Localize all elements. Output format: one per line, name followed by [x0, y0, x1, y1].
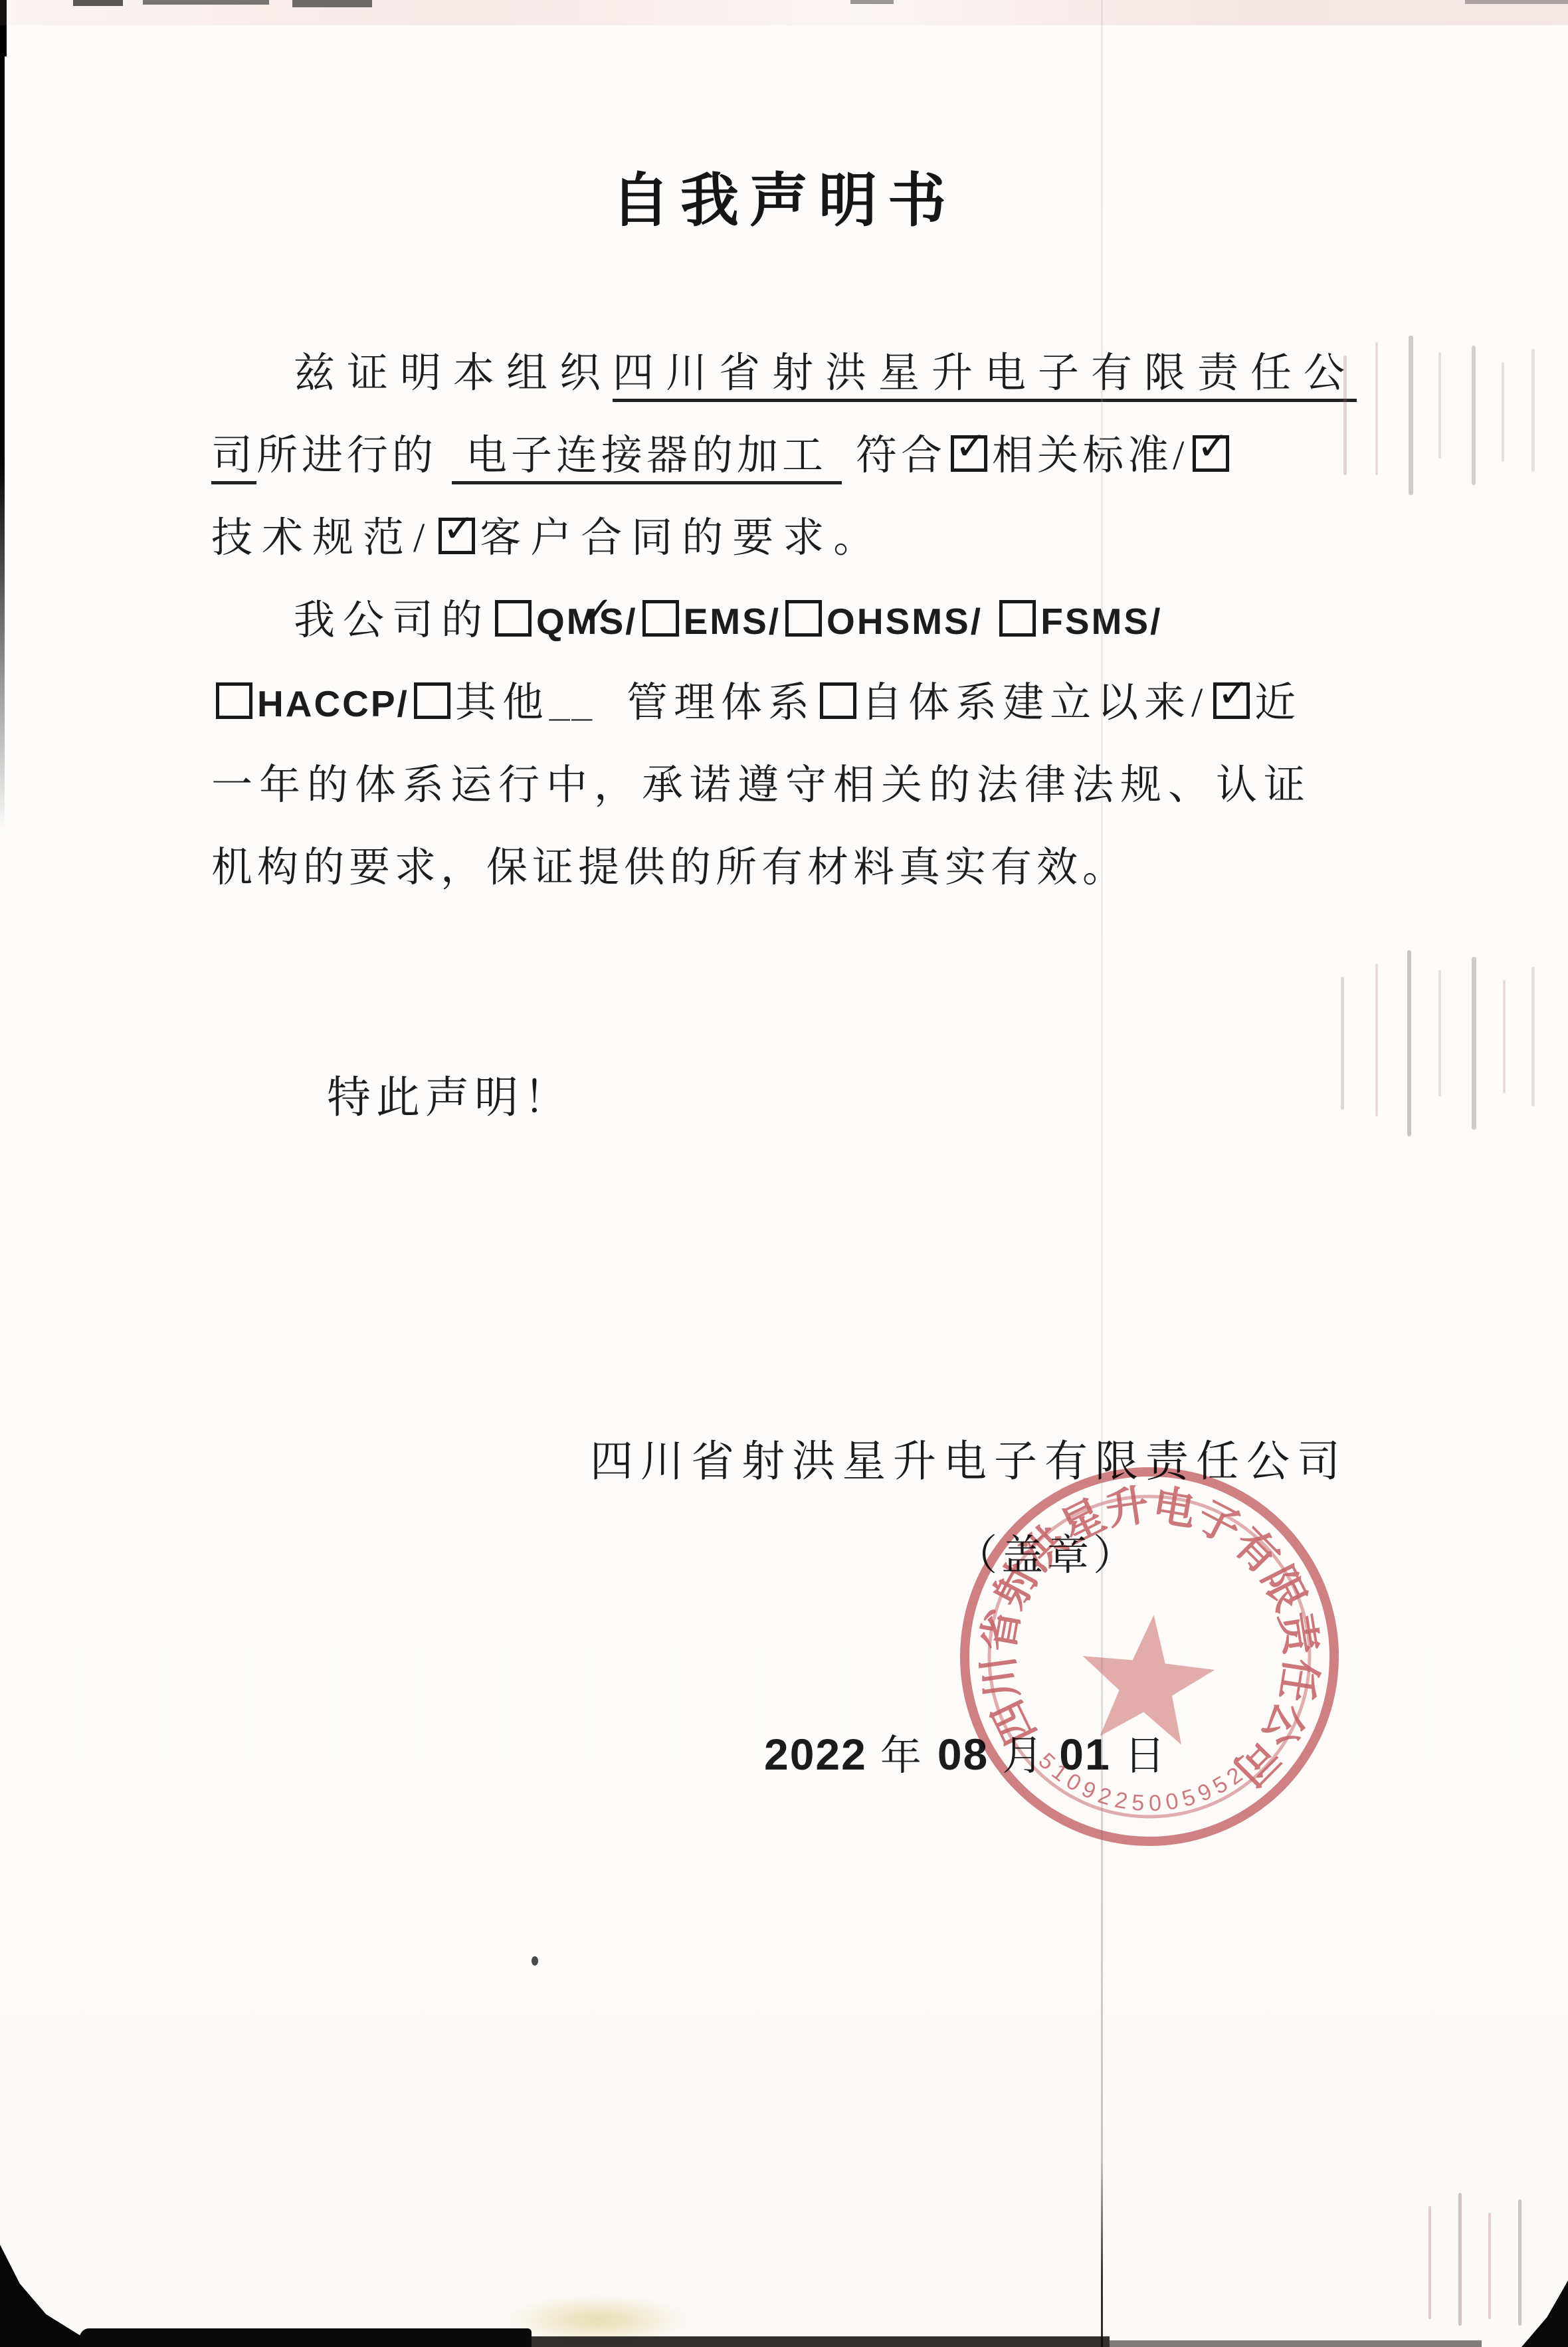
body-text-run: 机构的要求，保证提供的所有材料真实有效。	[211, 845, 1128, 890]
svg-text:5109225005952: 5109225005952	[1029, 1738, 1253, 1827]
scan-artifact-top-left-corner	[0, 0, 7, 56]
date-year-label: 年	[880, 1734, 924, 1779]
system-acronym-text: FSMS/	[1040, 601, 1162, 642]
check-icon: ✓	[1217, 674, 1250, 712]
checkbox-unchecked-icon	[414, 682, 450, 719]
checkbox-checked-icon: ✓	[495, 600, 532, 637]
scan-artifact-top-dash	[850, 0, 894, 4]
body-text-run: 兹证明本组织	[294, 351, 613, 396]
checkbox-checked-icon: ✓	[1193, 435, 1229, 472]
system-acronym-text: HACCP/	[257, 683, 409, 724]
scan-artifact-streak-band	[1422, 2193, 1561, 2332]
scan-artifact-top-dash	[292, 0, 372, 7]
underlined-fill-in-text: 四川省射洪星升电子有限责任公	[613, 351, 1357, 402]
closing-statement: 特此声明！	[327, 1062, 573, 1125]
company-seal-stamp-icon: 四川省射洪星升电子有限责任公司 5109225005952	[943, 1451, 1355, 1863]
body-text-run: 我公司的	[294, 598, 490, 643]
underlined-fill-in-text: 司	[211, 433, 256, 484]
body-text-run: 技术规范/	[211, 516, 434, 561]
check-icon: ✓	[955, 427, 987, 465]
checkbox-unchecked-icon	[642, 600, 679, 637]
scan-artifact-top-dash	[1465, 0, 1568, 4]
body-text-run: 近	[1254, 680, 1302, 726]
checkbox-checked-icon: ✓	[951, 435, 987, 472]
body-line-5: HACCP/其他__ 管理体系自体系建立以来/✓近	[211, 662, 1367, 744]
checkbox-unchecked-icon	[999, 600, 1036, 637]
document-title: 自我声明书	[0, 154, 1568, 238]
checkbox-checked-icon: ✓	[439, 518, 475, 554]
system-acronym-text: EMS/	[684, 601, 781, 642]
body-line-3: 技术规范/✓客户合同的要求。	[211, 497, 1367, 579]
body-line-1: 兹证明本组织四川省射洪星升电子有限责任公	[211, 332, 1367, 415]
body-text-run: 符合	[842, 433, 947, 478]
check-icon: ✓	[1197, 427, 1229, 465]
scan-artifact-left-edge	[0, 0, 5, 831]
scanned-declaration-page: 自我声明书 兹证明本组织四川省射洪星升电子有限责任公司所进行的 电子连接器的加工…	[0, 0, 1568, 2347]
system-acronym-text: __	[549, 683, 594, 724]
body-text-run: 客户合同的要求。	[480, 516, 884, 561]
checkbox-unchecked-icon	[785, 600, 822, 637]
date-year: 2022	[764, 1730, 867, 1779]
body-text-run: 其他	[455, 680, 549, 726]
check-icon: ✓	[442, 509, 475, 548]
scan-artifact-top-dash	[143, 0, 269, 5]
body-line-2: 司所进行的 电子连接器的加工 符合✓相关标准/✓	[211, 415, 1367, 497]
body-text-run: 所进行的	[256, 433, 452, 478]
checkbox-unchecked-icon	[820, 682, 856, 719]
checkbox-unchecked-icon	[216, 682, 252, 719]
scan-artifact-bottom-strip	[525, 2336, 1110, 2347]
body-text-run: 自体系建立以来/	[861, 680, 1209, 726]
scan-artifact-top-dash	[73, 0, 123, 6]
scan-artifact-bottom-right-corner	[1521, 2281, 1568, 2347]
check-icon: ✓	[499, 591, 614, 630]
scan-artifact-bottom-strip	[1110, 2340, 1482, 2347]
declaration-body: 兹证明本组织四川省射洪星升电子有限责任公司所进行的 电子连接器的加工 符合✓相关…	[211, 332, 1367, 909]
scan-artifact-top-noise	[0, 0, 1568, 25]
body-text-run: 相关标准/	[992, 433, 1188, 478]
seal-star-icon	[1074, 1608, 1220, 1748]
system-acronym-text: OHSMS/	[827, 601, 995, 642]
checkbox-checked-icon: ✓	[1213, 682, 1250, 719]
body-line-6: 一年的体系运行中，承诺遵守相关的法律法规、认证	[211, 744, 1367, 827]
body-text-run: 管理体系	[594, 680, 815, 726]
body-line-7: 机构的要求，保证提供的所有材料真实有效。	[211, 827, 1367, 909]
scan-artifact-streak-band	[1335, 336, 1555, 502]
scan-artifact-speck	[532, 1956, 538, 1966]
underlined-fill-in-text: 电子连接器的加工	[452, 433, 842, 484]
scan-artifact-bottom-strip	[80, 2328, 532, 2347]
scan-artifact-streak-band	[1329, 950, 1555, 1150]
body-text-run: 一年的体系运行中，承诺遵守相关的法律法规、认证	[211, 763, 1312, 808]
body-line-4: 我公司的✓QMS/EMS/OHSMS/ FSMS/	[211, 579, 1367, 662]
scan-artifact-bottom-left-corner	[0, 2245, 110, 2347]
scan-artifact-bottom-smudge	[505, 2294, 691, 2346]
